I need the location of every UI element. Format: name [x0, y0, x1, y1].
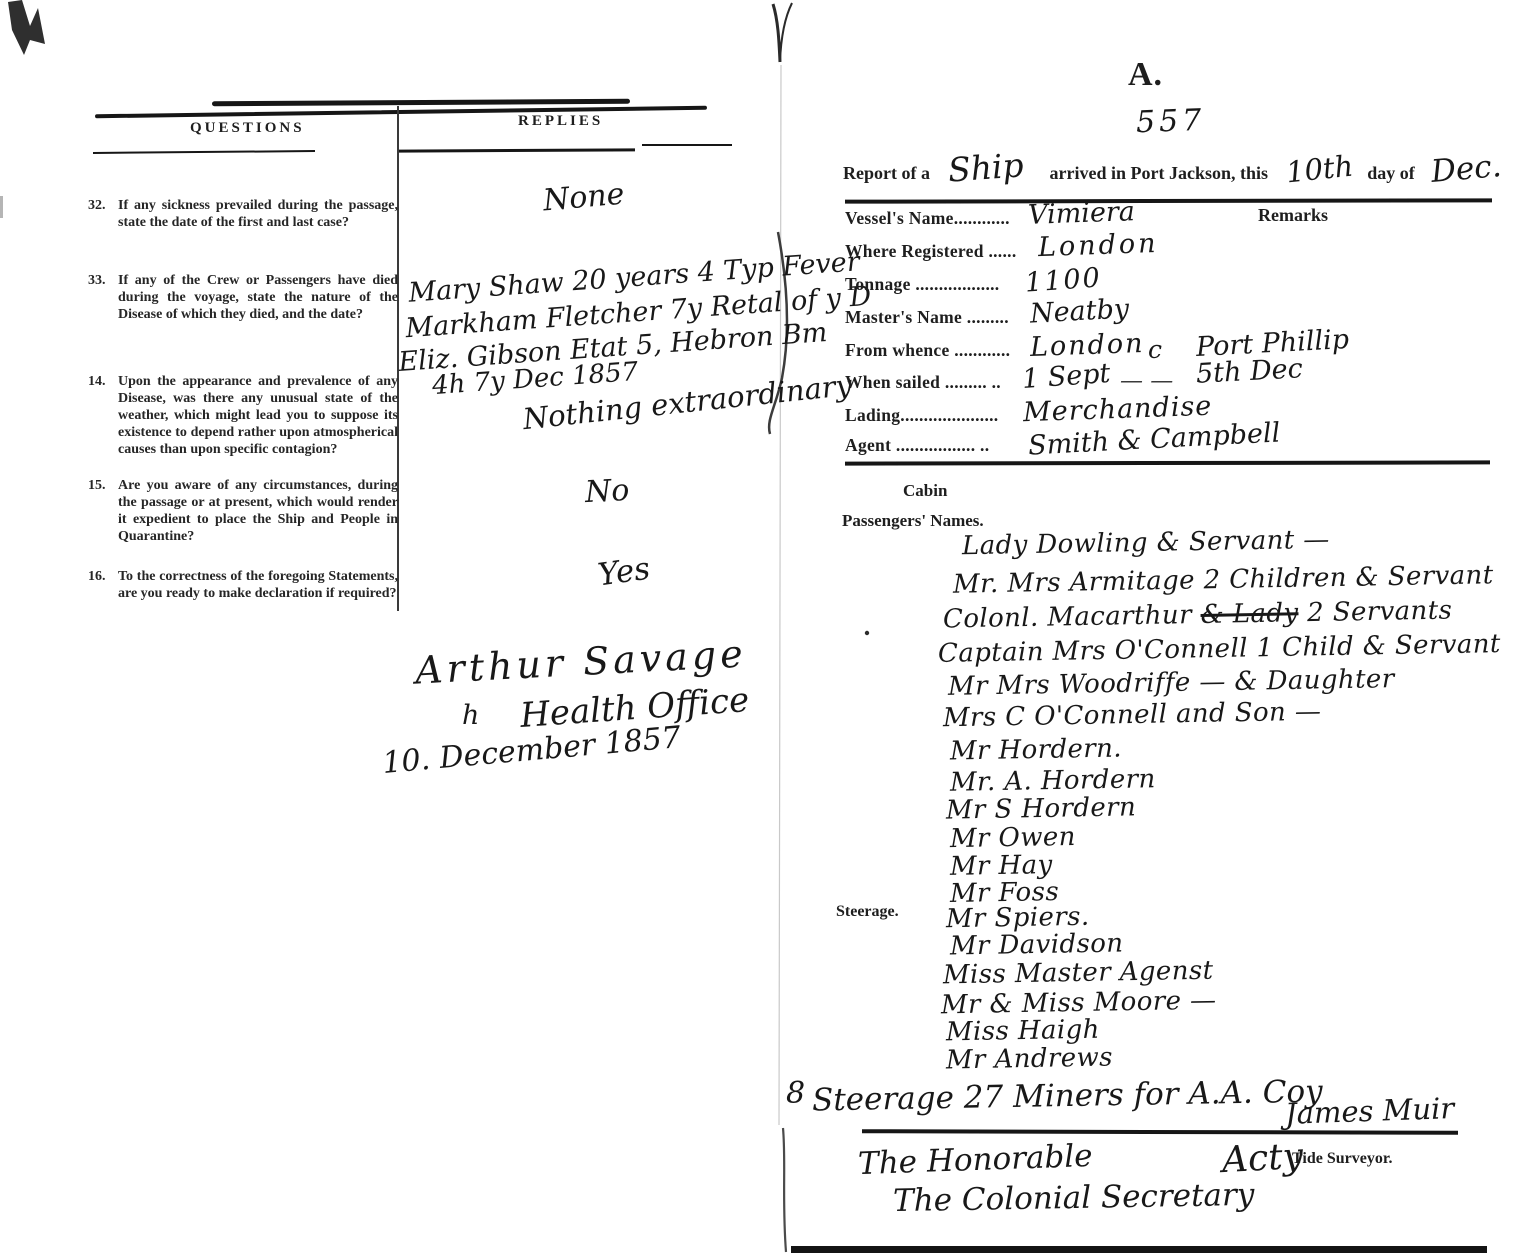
field-value-when-sailed-dash: — — [1120, 368, 1173, 394]
edge-mark [0, 196, 3, 218]
question-row-33: 33. If any of the Crew or Passengers hav… [88, 272, 398, 323]
question-number: 33. [88, 272, 118, 323]
reply-16: Yes [596, 551, 653, 594]
passenger-name-part: 2 Servants [1298, 596, 1452, 629]
fold-line-middle [779, 65, 781, 1125]
tide-surveyor-signature: James Muir [1284, 1091, 1454, 1131]
passenger-name-part: Colonl. Macarthur [943, 600, 1201, 634]
addressee-line2: The Colonial Secretary [893, 1177, 1255, 1219]
question-text: Are you aware of any circumstances, duri… [118, 477, 398, 545]
report-middle: arrived in Port Jackson, this [1050, 163, 1269, 183]
report-line: Report of a Ship arrived in Port Jackson… [843, 148, 1517, 187]
day-of-label: day of [1367, 163, 1415, 183]
question-row-32: 32. If any sickness prevailed during the… [88, 197, 398, 231]
header-underline-right [642, 144, 732, 146]
question-number: 16. [88, 568, 118, 602]
fold-line-top2 [780, 3, 792, 62]
field-label-master-name: Master's Name ......... [845, 307, 1009, 328]
document-scan: QUESTIONS REPLIES 32. If any sickness pr… [0, 0, 1517, 1255]
question-number: 14. [88, 373, 118, 458]
vessel-type-entry: Ship [947, 145, 1025, 189]
field-value-vessel-name: Vimiera [1027, 196, 1135, 231]
passengers-names-label: Passengers' Names. [842, 511, 984, 531]
steerage-label: Steerage. [836, 903, 899, 921]
question-row-16: 16. To the correctness of the foregoing … [88, 568, 398, 602]
question-text: If any sickness prevailed during the pas… [118, 197, 398, 231]
passenger-entry: Lady Dowling & Servant — [962, 525, 1330, 561]
passenger-entry: Mr Hordern. [950, 734, 1122, 767]
field-value-tonnage: 1100 [1024, 262, 1103, 298]
month-entry: Dec. [1429, 148, 1502, 190]
question-text: Upon the appearance and prevalence of an… [118, 373, 398, 458]
form-letter: A. [1128, 56, 1163, 94]
question-row-15: 15. Are you aware of any circumstances, … [88, 477, 398, 545]
passenger-entry: Mr Davidson [950, 928, 1124, 961]
question-text: To the correctness of the foregoing Stat… [118, 568, 398, 602]
field-value-from-whence: London [1029, 328, 1145, 363]
field-value-where-registered: London [1037, 228, 1159, 263]
field-label-from-whence: From whence ............ [845, 340, 1010, 361]
reply-32: None [542, 177, 626, 219]
scan-bar-bottom [791, 1246, 1487, 1253]
summary-number: 8 [786, 1076, 805, 1111]
office-prefix-mark: h [462, 700, 479, 731]
field-value-master-name: Neatby [1029, 293, 1130, 329]
field-label-agent: Agent ................. .. [845, 435, 989, 456]
fold-line-top [773, 4, 780, 62]
remarks-header: Remarks [1258, 205, 1328, 226]
ink-blob [8, 0, 45, 55]
form-number: 557 [1135, 103, 1205, 140]
field-label-when-sailed: When sailed ......... .. [845, 372, 1001, 393]
field-label-tonnage: Tonnage .................. [845, 274, 999, 295]
question-number: 15. [88, 477, 118, 545]
tide-surveyor-label: Tide Surveyor. [1292, 1150, 1392, 1168]
field-value-when-sailed: 1 Sept [1021, 358, 1111, 395]
question-text: If any of the Crew or Passengers have di… [118, 272, 398, 323]
ink-dot [865, 631, 869, 635]
struck-out-text: & Lady [1200, 598, 1298, 630]
question-number: 32. [88, 197, 118, 231]
passenger-entry: Miss Master Agenst [943, 956, 1214, 991]
passenger-entry: Mr S Hordern [946, 792, 1137, 825]
question-row-14: 14. Upon the appearance and prevalence o… [88, 373, 398, 458]
cabin-label: Cabin [903, 481, 947, 501]
reply-15: No [584, 473, 630, 510]
questions-column-header: QUESTIONS [190, 120, 305, 137]
field-value-from-whence-mid: c [1148, 335, 1162, 364]
report-prefix: Report of a [843, 163, 930, 183]
fold-line-bottom [783, 1128, 786, 1252]
field-label-lading: Lading..................... [845, 405, 998, 426]
field-value-when-sailed-2: 5th Dec [1195, 353, 1303, 390]
passenger-entry: Mr Owen [950, 822, 1076, 854]
day-entry: 10th [1284, 149, 1354, 190]
replies-column-header: REPLIES [518, 113, 603, 130]
passenger-entry: Mr Andrews [946, 1043, 1113, 1076]
field-label-where-registered: Where Registered ...... [845, 241, 1017, 262]
field-label-vessel-name: Vessel's Name............ [845, 208, 1010, 229]
